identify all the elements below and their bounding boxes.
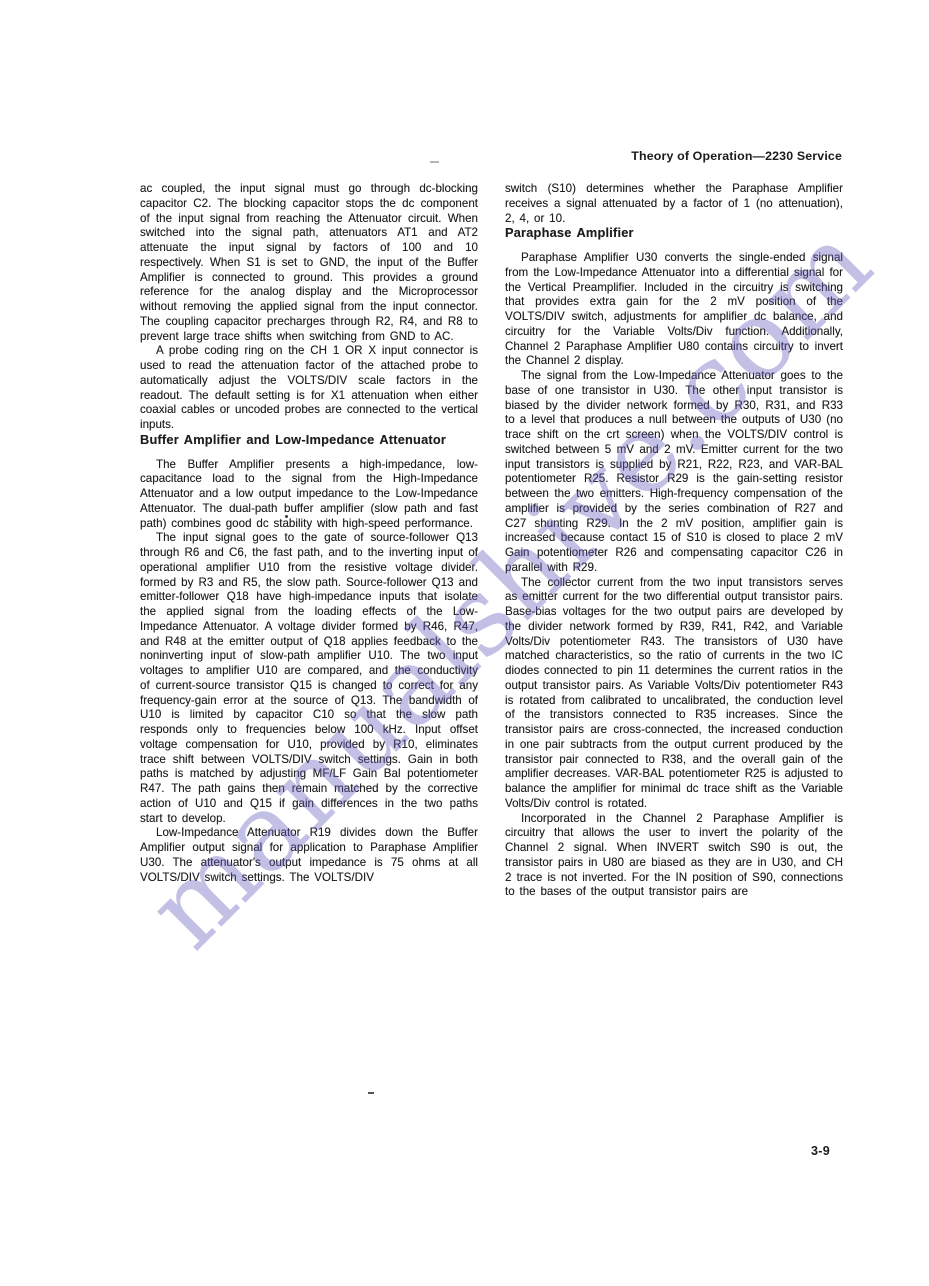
page-number: 3-9: [811, 1144, 830, 1158]
paragraph: The signal from the Low-Impedance Attenu…: [505, 369, 843, 576]
paragraph: ac coupled, the input signal must go thr…: [140, 182, 478, 344]
paragraph: switch (S10) determines whether the Para…: [505, 182, 843, 226]
paragraph: Paraphase Amplifier U30 converts the sin…: [505, 251, 843, 369]
paragraph: A probe coding ring on the CH 1 OR X inp…: [140, 344, 478, 433]
page-header: Theory of Operation—2230 Service: [631, 149, 842, 163]
right-column: switch (S10) determines whether the Para…: [505, 182, 843, 900]
section-heading-buffer-amplifier: Buffer Amplifier and Low-Impedance Atten…: [140, 433, 478, 448]
paragraph: Low-Impedance Attenuator R19 divides dow…: [140, 826, 478, 885]
scan-artifact-dash: [368, 1092, 374, 1094]
scan-artifact-faint-dash: [430, 161, 439, 163]
manual-page: Theory of Operation—2230 Service ac coup…: [0, 0, 929, 1286]
paragraph: The input signal goes to the gate of sou…: [140, 531, 478, 826]
paragraph: The collector current from the two input…: [505, 576, 843, 812]
left-column: ac coupled, the input signal must go thr…: [140, 182, 478, 885]
paragraph: Incorporated in the Channel 2 Paraphase …: [505, 812, 843, 901]
paragraph: The Buffer Amplifier presents a high-imp…: [140, 458, 478, 532]
section-heading-paraphase-amplifier: Paraphase Amplifier: [505, 226, 843, 241]
